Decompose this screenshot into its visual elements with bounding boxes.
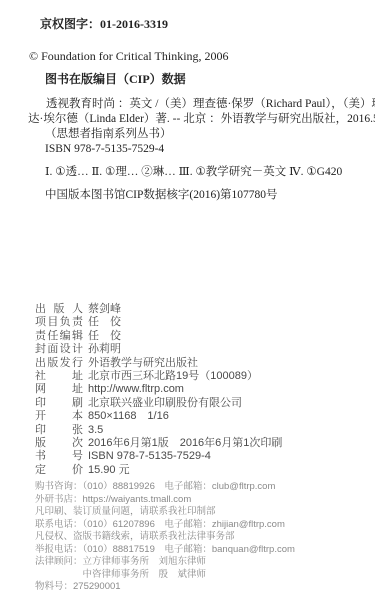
cip-record-number: 中国版本图书馆CIP数据核字(2016)第107780号 [45, 188, 375, 203]
row-label: 定价 [35, 464, 83, 477]
publication-row-editor: 责任编辑任 佼 [35, 330, 375, 343]
row-label: 出版人 [35, 303, 83, 316]
row-value: 蔡剑峰 [88, 303, 121, 315]
service-line-contact-phone: 联系电话：（010）61207896 电子邮箱：zhijian@fltrp.co… [35, 519, 375, 532]
row-label: 网址 [35, 383, 83, 396]
row-value: 外语教学与研究出版社 [88, 357, 198, 369]
row-value: 北京市西三环北路19号（100089） [88, 370, 258, 382]
row-value: 850×1168 1/16 [88, 410, 169, 422]
publication-row-project-lead: 项目负责任 佼 [35, 316, 375, 329]
row-label: 印刷 [35, 397, 83, 410]
publication-row-price: 定价15.90 元 [35, 464, 375, 477]
cip-header: 图书在版编目（CIP）数据 [45, 72, 375, 87]
cip-entry: 透视教育时尚 ：英文 /（美）理查德·保罗（Richard Paul），（美）琳… [28, 97, 375, 157]
publication-info: 出版人蔡剑峰 项目负责任 佼 责任编辑任 佼 封面设计孙莉明 出版发行外语教学与… [35, 303, 375, 477]
row-value: 3.5 [88, 424, 103, 436]
copyright-notice: © Foundation for Critical Thinking, 2006 [29, 49, 375, 64]
isbn-line: ISBN 978-7-5135-7529-4 [28, 142, 375, 157]
publication-row-cover-design: 封面设计孙莉明 [35, 343, 375, 356]
publication-row-isbn: 书号ISBN 978-7-5135-7529-4 [35, 450, 375, 463]
row-label: 印张 [35, 424, 83, 437]
service-info: 购书咨询：（010）88819926 电子邮箱：club@fltrp.com 外… [35, 481, 375, 594]
publication-row-printer: 印刷北京联兴盛业印刷股份有限公司 [35, 397, 375, 410]
row-label: 开本 [35, 410, 83, 423]
service-line-legal-counsel-1: 法律顾问：立方律师事务所 刘旭东律师 [35, 556, 375, 569]
row-value: 孙莉明 [88, 343, 121, 355]
row-value: 任 佼 [88, 316, 121, 328]
row-value: ISBN 978-7-5135-7529-4 [88, 450, 211, 462]
material-number: 物料号：275290001 [35, 581, 375, 594]
row-value: 任 佼 [88, 330, 121, 342]
service-line-purchase: 购书咨询：（010）88819926 电子邮箱：club@fltrp.com [35, 481, 375, 494]
service-line-piracy: 凡侵权、盗版书籍线索，请联系我社法律事务部 [35, 531, 375, 544]
row-value: http://www.fltrp.com [88, 383, 184, 395]
row-label: 责任编辑 [35, 330, 83, 343]
row-label: 项目负责 [35, 316, 83, 329]
registration-number: 京权图字：01-2016-3319 [40, 0, 375, 32]
row-value: 15.90 元 [88, 464, 130, 476]
series-note: （思想者指南系列丛书） [28, 127, 375, 142]
service-line-print-quality: 凡印刷、装订质量问题，请联系我社印制部 [35, 506, 375, 519]
copyright-page: 京权图字：01-2016-3319 © Foundation for Criti… [0, 0, 375, 601]
row-label: 版次 [35, 437, 83, 450]
row-value: 北京联兴盛业印刷股份有限公司 [88, 397, 242, 409]
publication-row-publisher-person: 出版人蔡剑峰 [35, 303, 375, 316]
row-label: 封面设计 [35, 343, 83, 356]
service-line-legal-counsel-2: 中咨律师事务所 殷 斌律师 [35, 569, 375, 582]
publication-row-website: 网址http://www.fltrp.com [35, 383, 375, 396]
cip-entry-line1: 透视教育时尚 ：英文 /（美）理查德·保罗（Richard Paul），（美）琳 [28, 97, 375, 112]
publication-row-publisher: 出版发行外语教学与研究出版社 [35, 357, 375, 370]
publication-row-address: 社址北京市西三环北路19号（100089） [35, 370, 375, 383]
service-line-report-phone: 举报电话：（010）88817519 电子邮箱：banquan@fltrp.co… [35, 544, 375, 557]
row-label: 社址 [35, 370, 83, 383]
cip-entry-line2: 达·埃尔德（Linda Elder）著. -- 北京 ：外语教学与研究出版社，2… [28, 112, 375, 127]
publication-row-edition: 版次2016年6月第1版 2016年6月第1次印刷 [35, 437, 375, 450]
publication-row-format: 开本850×1168 1/16 [35, 410, 375, 423]
row-label: 书号 [35, 450, 83, 463]
row-value: 2016年6月第1版 2016年6月第1次印刷 [88, 437, 282, 449]
row-label: 出版发行 [35, 357, 83, 370]
service-line-bookstore: 外研书店：https://waiyants.tmall.com [35, 494, 375, 507]
publication-row-sheets: 印张3.5 [35, 424, 375, 437]
classification-line: Ⅰ. ①透… Ⅱ. ①理… ②琳… Ⅲ. ①教学研究－英文 Ⅳ. ①G420 [45, 165, 375, 180]
